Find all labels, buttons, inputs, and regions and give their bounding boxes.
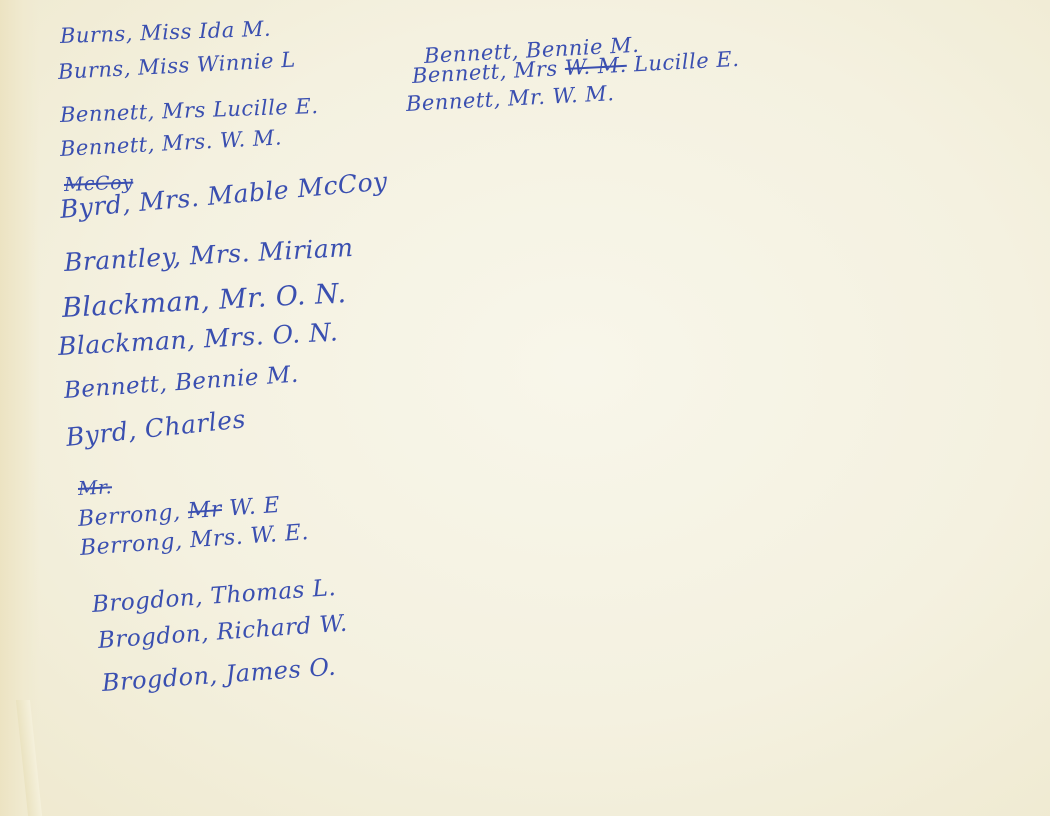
paper-fold — [16, 700, 42, 816]
entry-text: Lucille E. — [633, 47, 740, 76]
struck-word: Mr — [187, 497, 223, 524]
name-entry: Brogdon, James O. — [101, 653, 337, 697]
document-page: Burns, Miss Ida M. Burns, Miss Winnie L … — [0, 0, 1050, 816]
name-entry: Blackman, Mrs. O. N. — [57, 317, 339, 361]
entry-text: W. E — [229, 493, 281, 521]
name-entry: Blackman, Mr. O. N. — [61, 278, 347, 324]
entry-prefix: Berrong, — [77, 500, 181, 532]
name-entry: Byrd, Charles — [64, 404, 247, 452]
name-entry: Bennett, Mrs Lucille E. — [60, 94, 319, 127]
name-entry: Brogdon, Richard W. — [97, 611, 348, 654]
struck-out-entry: Mr. — [77, 476, 112, 500]
struck-word: W. M. — [564, 53, 627, 80]
name-entry: Brogdon, Thomas L. — [91, 575, 337, 618]
name-entry: Brantley, Mrs. Miriam — [63, 233, 354, 277]
name-entry: Burns, Miss Ida M. — [60, 17, 272, 48]
name-entry: Bennett, Bennie M. — [63, 362, 299, 404]
name-entry: Bennett, Mrs. W. M. — [59, 125, 282, 161]
name-entry: Burns, Miss Winnie L — [57, 48, 296, 84]
